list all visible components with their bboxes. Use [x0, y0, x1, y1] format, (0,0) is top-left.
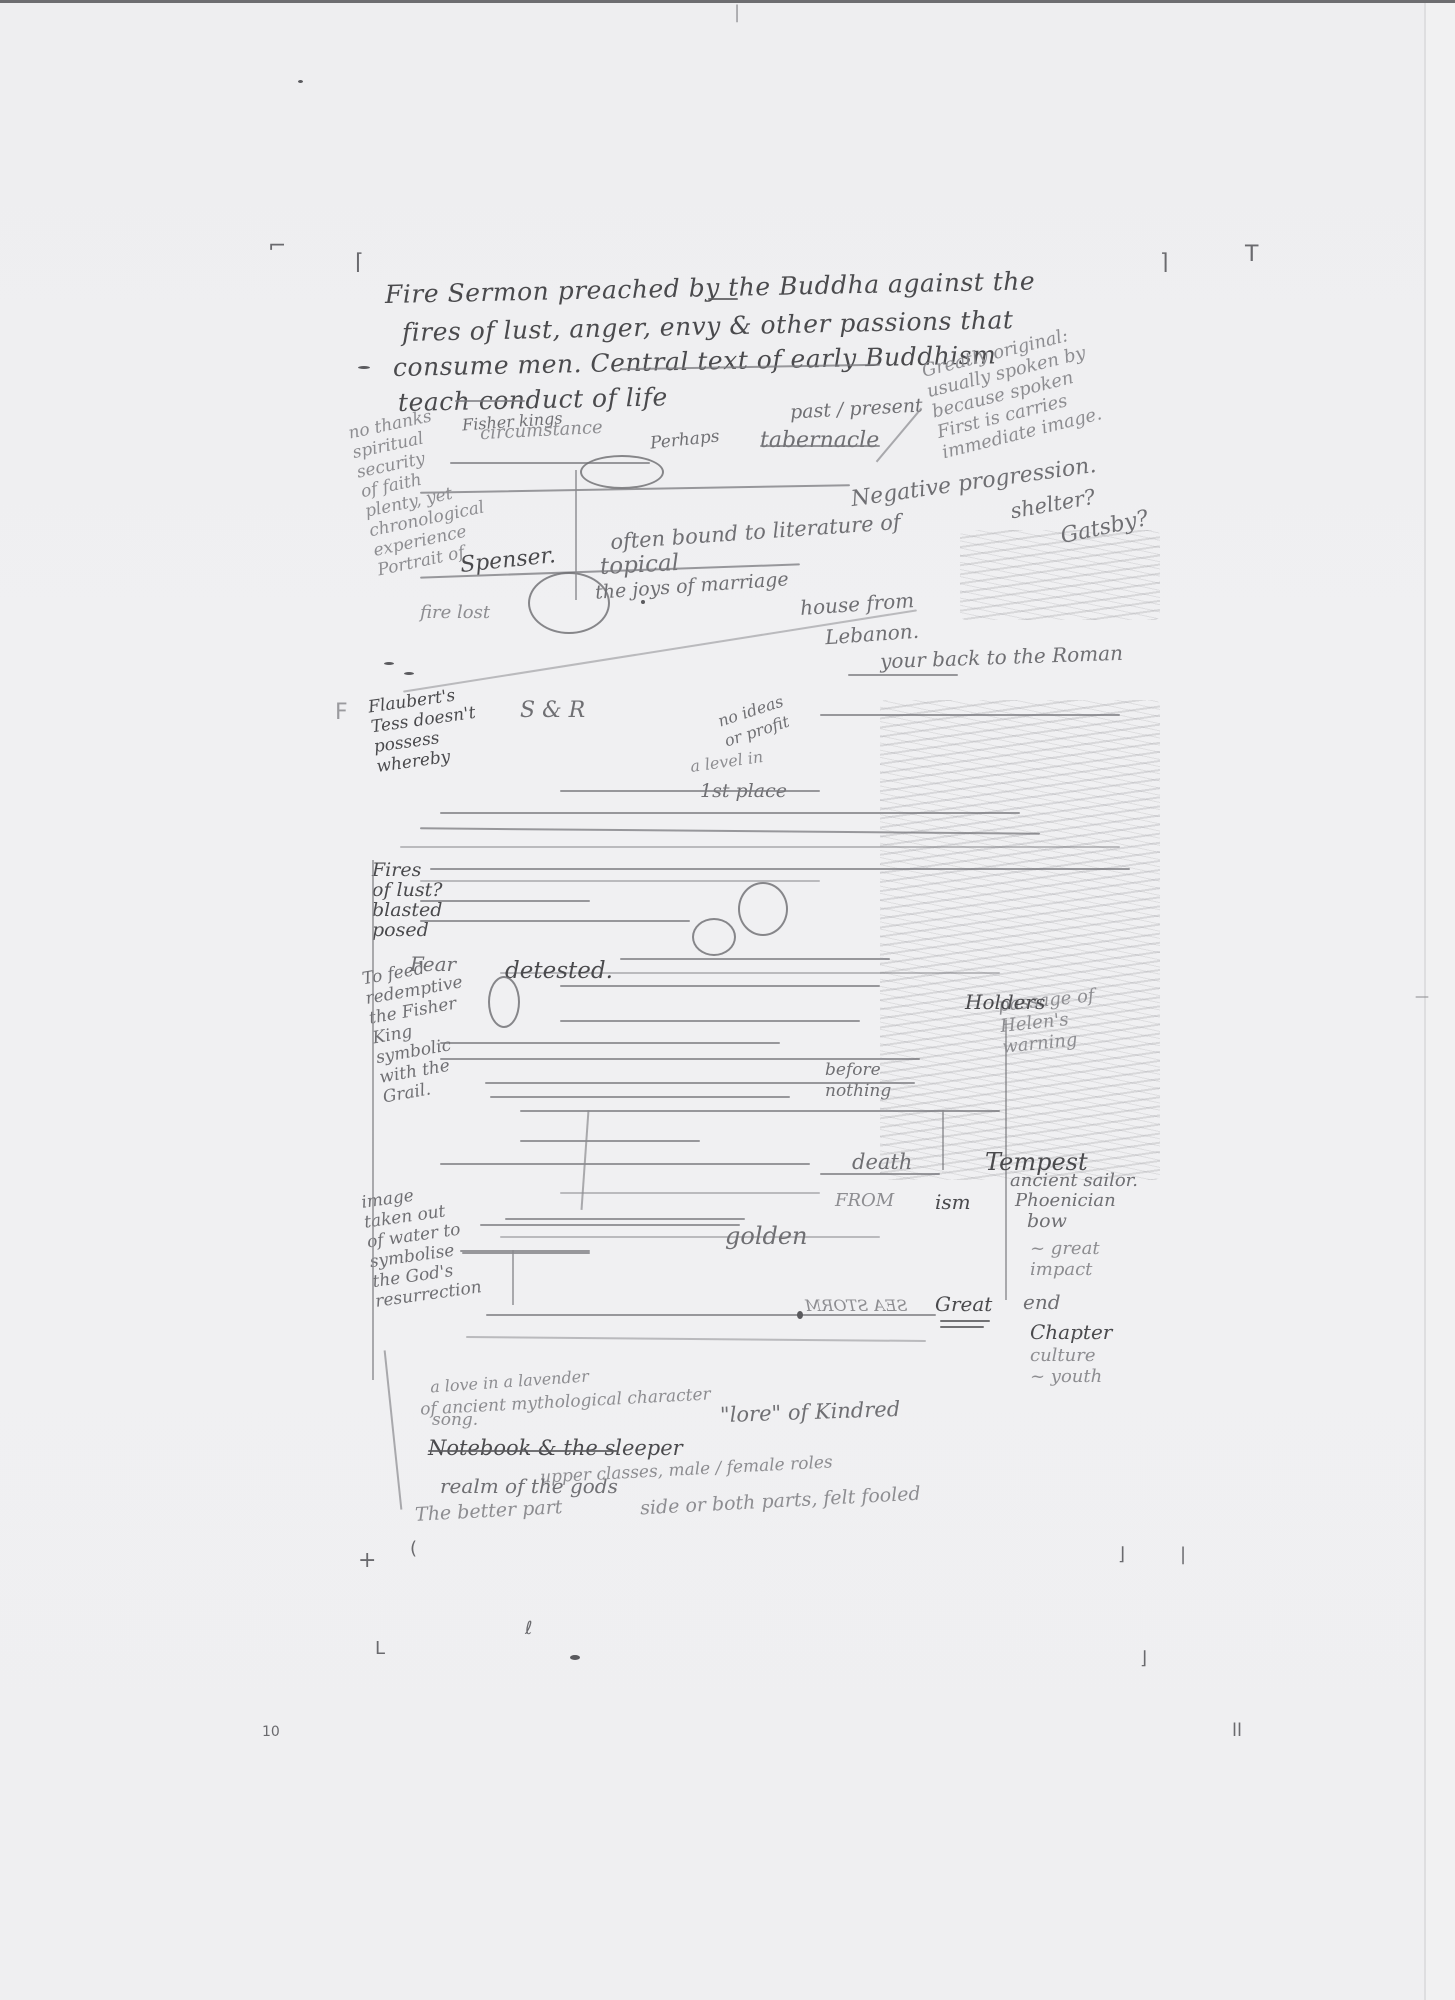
vertical-stroke: [512, 1250, 514, 1305]
great-note: Great: [935, 1292, 992, 1316]
pencil-line: [560, 985, 880, 987]
ism-note: ism: [935, 1190, 971, 1214]
golden-note: golden: [725, 1222, 808, 1250]
holders-note: Holders: [965, 990, 1045, 1014]
pencil-line: [620, 958, 890, 960]
pencil-line: [500, 1236, 880, 1238]
crop-mark-top-left-inner: ⌈: [355, 252, 364, 274]
edge-tick-right: —: [1415, 990, 1429, 1004]
crop-mark-top-right: ⌉: [1160, 252, 1169, 274]
doodle-circle: [738, 882, 788, 936]
scanner-margin: [1426, 3, 1455, 2000]
crop-mark-left-mid: F: [335, 702, 348, 724]
pencil-line: [440, 1042, 780, 1044]
pencil-line: [848, 674, 958, 676]
pencil-line: [440, 1163, 810, 1165]
crop-mark-lower-left: L: [375, 1640, 385, 1658]
phoenician-note: Phoenician: [1015, 1190, 1116, 1211]
scribbled-out-area: [960, 530, 1160, 620]
double-underline: [940, 1320, 990, 1322]
pencil-dot-top-left: [298, 80, 303, 83]
crop-mark-bottom-right: ⌋: [1118, 1546, 1125, 1564]
from-note: FROM: [835, 1190, 894, 1211]
manuscript-page: [0, 3, 1425, 2000]
tabernacle-note: tabernacle: [760, 428, 879, 453]
crop-mark-lower-right: ⌋: [1140, 1650, 1147, 1668]
bottom-note-7: realm of the gods: [440, 1474, 618, 1498]
strikethrough: [428, 1450, 618, 1452]
pencil-line: [486, 1314, 936, 1316]
chapter-note: Chapter: [1030, 1320, 1112, 1344]
pencil-line: [462, 1252, 590, 1254]
pencil-line: [420, 920, 690, 922]
doodle-circle: [692, 918, 736, 956]
dash-mark: [384, 662, 394, 665]
scribbled-right-column: [880, 700, 1160, 1180]
sr-note: S & R: [520, 698, 585, 723]
page-number-left: 10: [262, 1725, 280, 1739]
crop-mark-bottom-left-2: (: [410, 1540, 417, 1558]
crop-mark-lower-mid: ℓ: [525, 1620, 532, 1638]
sailor-note: ancient sailor.: [1010, 1170, 1138, 1191]
pencil-dot: [797, 1311, 803, 1319]
pencil-line: [560, 1020, 860, 1022]
crop-mark-top-left-outer: ⌐: [268, 236, 286, 258]
pencil-line: [480, 1224, 740, 1226]
pencil-line: [490, 1096, 790, 1098]
pencil-line: [420, 900, 590, 902]
culture-note: culture ~ youth: [1030, 1345, 1102, 1387]
pencil-line: [560, 790, 820, 792]
left-margin-note-middle: Flaubert's Tess doesn't possess whereby: [367, 683, 482, 777]
detested-note: detested.: [505, 958, 613, 984]
pencil-line: [520, 1140, 700, 1142]
strikethrough: [455, 400, 525, 402]
end-note: end: [1023, 1290, 1061, 1314]
crop-mark-top-center: |: [734, 4, 740, 22]
great-impact-note: ~ great impact: [1030, 1238, 1100, 1280]
topical-note: topical: [599, 550, 679, 580]
crop-mark-bottom-left: +: [358, 1550, 376, 1572]
sea-storm-note: SEA STORM: [805, 1296, 907, 1315]
pencil-smudge: [570, 1655, 580, 1660]
bow-note: bow: [1027, 1210, 1067, 1232]
crop-mark-top-far-right: T: [1245, 244, 1258, 266]
doodle-oval: [580, 455, 664, 489]
dash-mark: [404, 672, 414, 675]
bottom-note-3: song.: [432, 1410, 478, 1430]
strikethrough: [760, 445, 880, 447]
pencil-line: [505, 1218, 745, 1220]
doodle-oval: [488, 976, 520, 1028]
fire-lost-note: fire lost: [420, 602, 490, 623]
crop-mark-bottom-right-2: |: [1180, 1546, 1186, 1564]
bottom-note-5: Notebook & the sleeper: [428, 1436, 683, 1460]
vertical-stroke: [575, 470, 577, 600]
left-margin-vertical-line: [372, 860, 374, 1380]
left-margin-note-bottom: image taken out of water to symbolise th…: [360, 1178, 483, 1312]
double-underline: [940, 1326, 984, 1328]
fear-note: Fear: [410, 952, 456, 976]
doodle-circle: [528, 572, 610, 634]
page-number-right: ll: [1232, 1722, 1242, 1740]
pencil-line: [560, 1192, 820, 1194]
pencil-dot: [641, 600, 645, 604]
dash-mark: [358, 366, 370, 369]
strikethrough: [708, 298, 738, 300]
scanner-edge-strip: [0, 0, 1455, 3]
